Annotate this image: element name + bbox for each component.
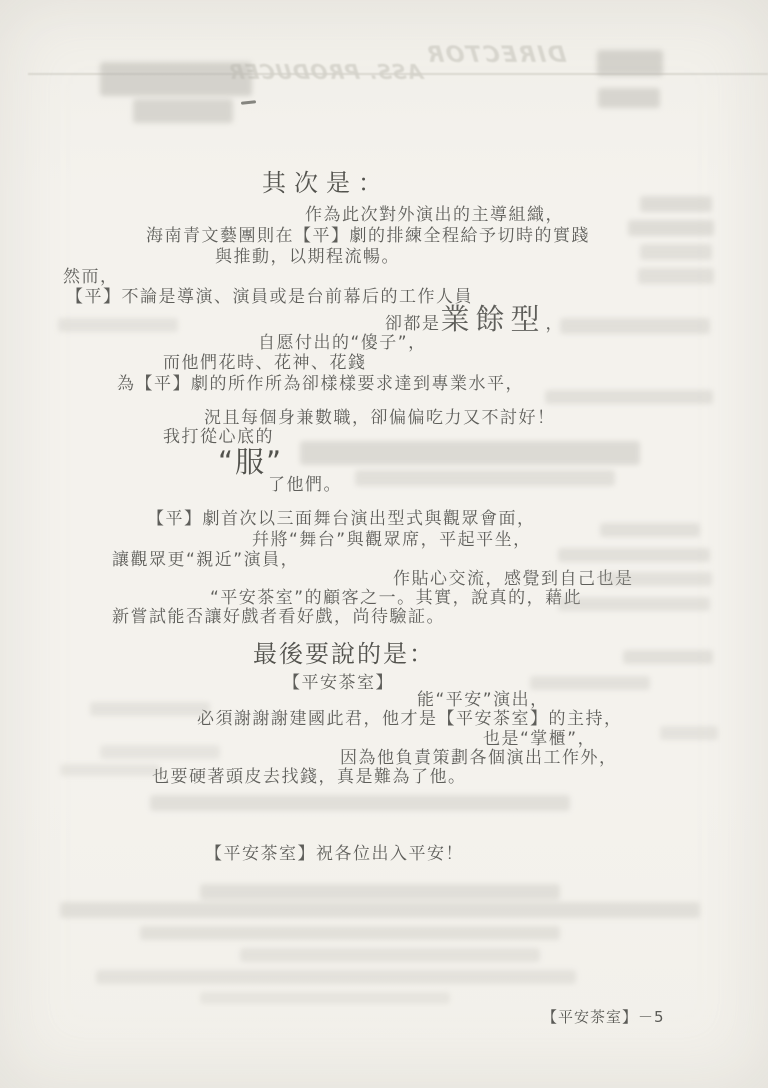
text-line: 能“平安”演出， bbox=[417, 691, 549, 711]
text-line: 為【平】劇的所作所為卻樣樣要求達到專業水平， bbox=[117, 375, 524, 395]
text-line: 作為此次對外演出的主導組織， bbox=[305, 206, 564, 226]
scanned-page: DIRECTOR ASS. PRODUCER 其次是：作為此次對外演出的主導組織… bbox=[0, 0, 768, 1088]
bleedthrough-smudge bbox=[300, 441, 640, 465]
bleedthrough-producer-text: ASS. PRODUCER bbox=[227, 60, 424, 84]
text-line: 也是“掌櫃”， bbox=[483, 730, 596, 750]
ink-speck bbox=[241, 100, 256, 105]
bleedthrough-smudge bbox=[545, 390, 713, 404]
bleedthrough-smudge bbox=[597, 50, 663, 76]
bleedthrough-smudge bbox=[90, 702, 210, 716]
bleedthrough-smudge bbox=[133, 99, 233, 123]
bleedthrough-smudge bbox=[100, 745, 220, 759]
bleedthrough-smudge bbox=[58, 318, 178, 332]
text-line: 讓觀眾更“親近”演員， bbox=[112, 551, 299, 571]
bleedthrough-smudge bbox=[560, 318, 710, 334]
text-line: 因為他負責策劃各個演出工作外， bbox=[340, 749, 618, 769]
text-line: 海南青文藝團則在【平】劇的排練全程給予切時的實踐 bbox=[146, 227, 590, 247]
bleedthrough-smudge bbox=[600, 523, 700, 537]
bleedthrough-smudge bbox=[355, 470, 615, 486]
bleedthrough-smudge bbox=[100, 62, 252, 96]
bleedthrough-smudge bbox=[530, 676, 650, 690]
bleedthrough-director-text: DIRECTOR bbox=[424, 43, 568, 68]
bleedthrough-smudge bbox=[628, 220, 714, 236]
text-line: 了他們。 bbox=[268, 476, 342, 496]
text-line: 幷將“舞台”與觀眾席，平起平坐， bbox=[252, 531, 532, 551]
bleedthrough-smudge bbox=[660, 726, 718, 740]
text-line: 【平安茶室】祝各位出入平安！ bbox=[205, 845, 464, 865]
bleedthrough-smudge bbox=[60, 764, 160, 776]
page-number: 【平安茶室】－5 bbox=[542, 1006, 665, 1027]
text-line: 新嘗試能否讓好戲者看好戲，尚待驗証。 bbox=[112, 608, 445, 628]
bleedthrough-smudge bbox=[600, 572, 712, 586]
text-line: 與推動，以期程流暢。 bbox=[215, 248, 400, 268]
bleedthrough-smudge bbox=[558, 597, 710, 611]
bleedthrough-smudge bbox=[558, 548, 710, 562]
bleedthrough-smudge bbox=[598, 88, 660, 108]
emphasis-line: 卻都是業餘型， bbox=[385, 303, 564, 336]
bleedthrough-smudge bbox=[96, 970, 576, 984]
text-line: 必須謝謝謝建國此君，他才是【平安茶室】的主持， bbox=[197, 710, 623, 730]
text-line: 【平安茶室】 bbox=[283, 674, 394, 694]
text-segment: 業餘型 bbox=[441, 303, 546, 336]
bleedthrough-smudge bbox=[240, 948, 540, 962]
bleedthrough-smudge bbox=[150, 795, 570, 811]
bleedthrough-smudge bbox=[640, 196, 712, 212]
bleedthrough-smudge bbox=[200, 884, 560, 900]
text-line: 自愿付出的“傻子”， bbox=[258, 334, 427, 354]
text-line: “平安茶室”的顧客之一。其實，說真的，藉此 bbox=[210, 589, 582, 609]
section-heading: 其次是： bbox=[262, 170, 390, 198]
bleedthrough-smudge bbox=[640, 244, 712, 260]
bleedthrough-smudge bbox=[623, 650, 713, 664]
text-segment: 卻都是 bbox=[385, 315, 441, 335]
text-line: 也要硬著頭皮去找錢，真是難為了他。 bbox=[152, 768, 467, 788]
bleedthrough-smudge bbox=[200, 992, 450, 1004]
section-heading: 最後要說的是： bbox=[253, 641, 435, 669]
bleedthrough-smudge bbox=[60, 902, 700, 918]
text-line: 作貼心交流，感覺到自己也是 bbox=[393, 570, 634, 590]
text-line: 【平】劇首次以三面舞台演出型式與觀眾會面， bbox=[147, 510, 536, 530]
text-line: 然而， bbox=[63, 268, 119, 288]
text-line: 況且每個身兼數職，卻偏偏吃力又不討好！ bbox=[204, 409, 556, 429]
text-line: 而他們花時、花神、花錢 bbox=[163, 354, 367, 374]
bleedthrough-smudge bbox=[638, 268, 714, 284]
bleedthrough-smudge bbox=[140, 926, 560, 940]
